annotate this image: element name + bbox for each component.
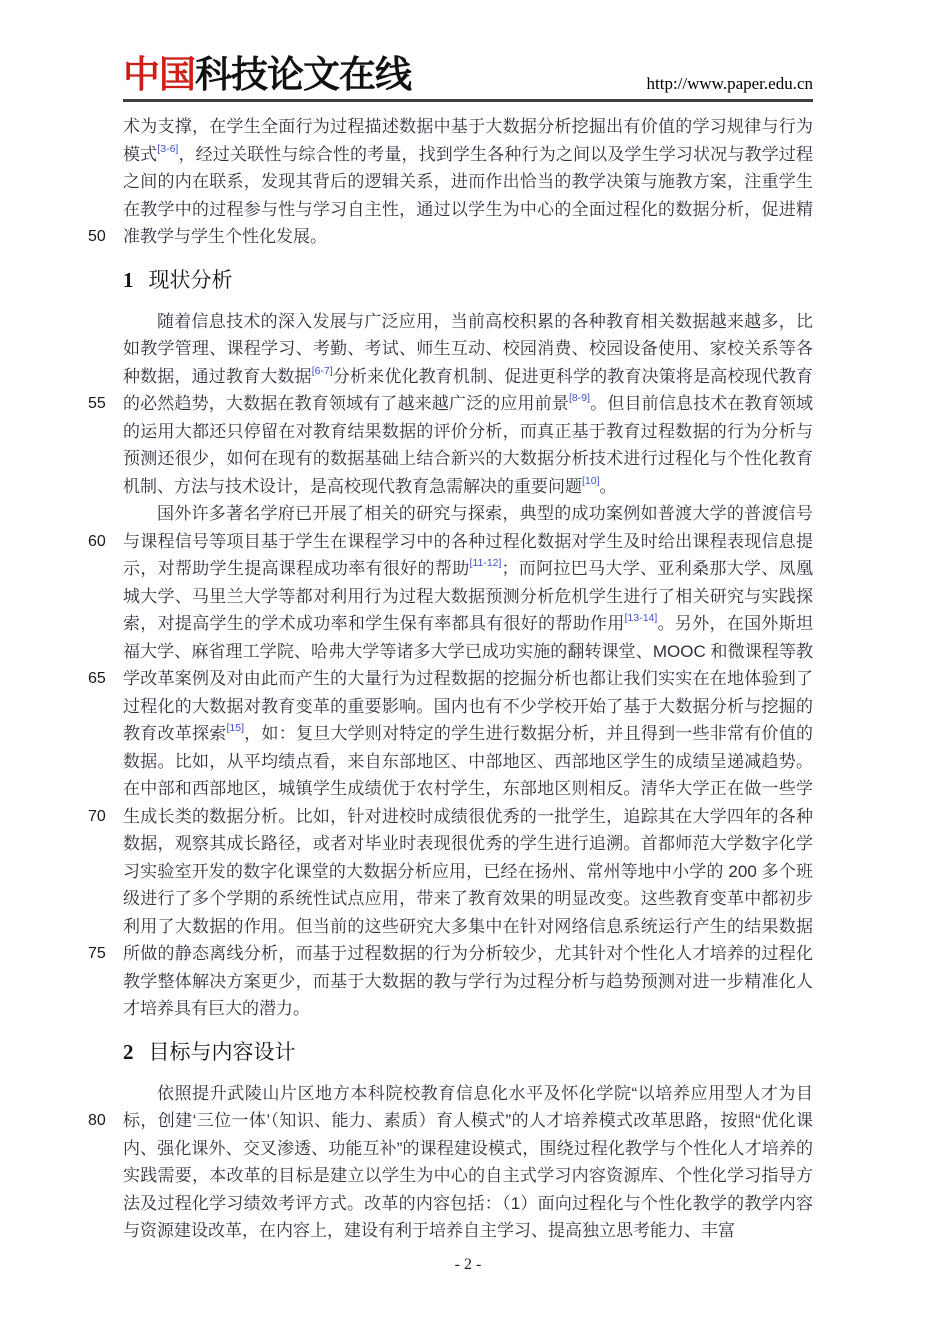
site-url-link[interactable]: http://www.paper.edu.cn: [647, 72, 814, 96]
paper-page: 中国科技论文在线 http://www.paper.edu.cn 50术为支撑，…: [0, 0, 950, 1344]
line-number-55: 55: [88, 390, 118, 418]
section-title: 目标与内容设计: [149, 1040, 296, 1064]
paragraph-goals: 80依照提升武陵山片区地方本科院校教育信息化水平及怀化学院“以培养应用型人才为目…: [123, 1080, 813, 1245]
paragraph-text: 国外许多著名学府已开展了相关的研究与探索，典型的成功案例如普渡大学的普渡信号与课…: [123, 504, 813, 1018]
reference-superscript: [8-9]: [569, 392, 590, 404]
paragraph-text: 随着信息技术的深入发展与广泛应用，当前高校积累的各种教育相关数据越来越多，比如教…: [123, 312, 813, 496]
line-number-80: 80: [88, 1107, 118, 1135]
paragraph-text: 术为支撑，在学生全面行为过程描述数据中基于大数据分析挖掘出有价值的学习规律与行为…: [123, 117, 813, 246]
reference-superscript: [11-12]: [470, 557, 502, 569]
reference-superscript: [15]: [226, 722, 244, 734]
page-number: - 2 -: [455, 1256, 482, 1273]
reference-superscript: [6-7]: [312, 365, 333, 377]
page-footer: - 2 -: [123, 1256, 813, 1274]
page-header: 中国科技论文在线 http://www.paper.edu.cn: [123, 54, 813, 102]
section-number: 1: [123, 268, 134, 292]
site-logo-red-part: 中国: [123, 54, 195, 95]
line-number-75: 75: [88, 940, 118, 968]
section-number: 2: [123, 1040, 134, 1064]
site-logo-black-part: 科技论文在线: [195, 54, 411, 95]
line-number-65: 65: [88, 665, 118, 693]
paper-body: 50术为支撑，在学生全面行为过程描述数据中基于大数据分析挖掘出有价值的学习规律与…: [123, 113, 813, 1245]
paragraph-continuation: 50术为支撑，在学生全面行为过程描述数据中基于大数据分析挖掘出有价值的学习规律与…: [123, 113, 813, 251]
section-heading-1: 1现状分析: [123, 266, 813, 294]
paragraph-status-quo-2: 60 65 70 75国外许多著名学府已开展了相关的研究与探索，典型的成功案例如…: [123, 500, 813, 1023]
site-logo: 中国科技论文在线: [123, 54, 411, 96]
section-title: 现状分析: [149, 268, 233, 292]
reference-superscript: [3-6]: [157, 143, 178, 155]
reference-superscript: [10]: [582, 475, 600, 487]
line-number-50: 50: [88, 223, 118, 251]
line-number-60: 60: [88, 528, 118, 556]
paragraph-status-quo-1: 55随着信息技术的深入发展与广泛应用，当前高校积累的各种教育相关数据越来越多，比…: [123, 308, 813, 501]
paragraph-text: 依照提升武陵山片区地方本科院校教育信息化水平及怀化学院“以培养应用型人才为目标，…: [123, 1084, 813, 1241]
line-number-70: 70: [88, 803, 118, 831]
reference-superscript: [13-14]: [625, 612, 658, 624]
section-heading-2: 2目标与内容设计: [123, 1038, 813, 1066]
